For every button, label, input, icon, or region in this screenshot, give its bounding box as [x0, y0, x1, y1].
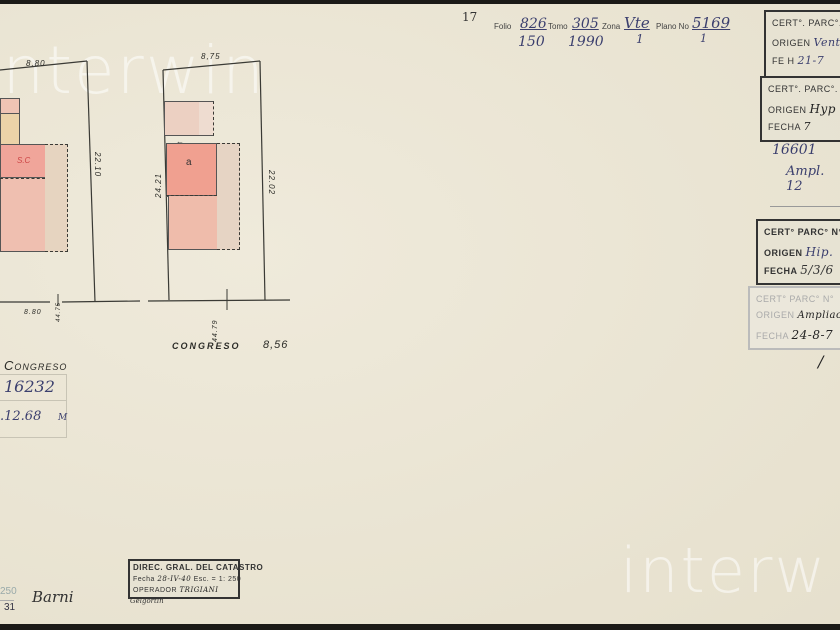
left-note-number: 16232: [4, 377, 55, 396]
plan-right-top-width: 8,75: [201, 52, 221, 61]
left-note-initial: M: [58, 413, 67, 423]
folio-label: Folio: [494, 22, 511, 31]
plan-right-left-depth: 24.21: [154, 173, 163, 198]
plan-left-room-2: [0, 113, 20, 146]
folio-value: 826: [520, 16, 547, 32]
watermark-bottom: interw: [620, 534, 827, 607]
plan-right-bottom-offset: 44.79: [212, 319, 219, 342]
cadastral-plan-sheet: interwin interw 17 Folio 826 150 Tomo 30…: [0, 4, 840, 624]
plan-left-annex: [45, 144, 68, 252]
plan-left-unit-label: S.C: [17, 156, 30, 165]
bottom-signature: Barni: [32, 588, 74, 606]
plan-right-room-1: [164, 101, 201, 136]
plan-right-street: CONGRESO: [172, 341, 241, 351]
zona-value: Vte: [624, 14, 650, 32]
plan-right-divider: [166, 195, 217, 196]
parcel-certificate-stamp-5: CERT° PARC° N° ORIGEN Ampliac. Sent. FEC…: [748, 286, 840, 350]
plano-sub: 1: [700, 32, 707, 45]
plan-right-annex: [217, 143, 240, 250]
tomo-value: 305: [572, 16, 599, 32]
catastro-title: DIREC. GRAL. DEL CATASTRO: [133, 563, 263, 572]
left-note-box: 16232 .12.68 M: [0, 374, 67, 438]
plano-value: 5169: [692, 14, 730, 32]
plan-left-street: Congreso: [4, 358, 67, 373]
parcel-certificate-stamp-2: CERT°. PARC°. N° ORIGEN Hyp FECHA 7: [760, 76, 840, 142]
plan-left-bottom-offset: 44.75: [56, 302, 62, 322]
plan-left-room-4: [0, 177, 47, 252]
plan-left-depth: 22.10: [93, 152, 102, 177]
page-number: 17: [462, 10, 477, 24]
zona-label: Zona: [602, 22, 620, 31]
catastro-stamp: DIREC. GRAL. DEL CATASTRO Fecha 28-IV-40…: [128, 559, 240, 599]
scale-top: 250: [0, 586, 17, 597]
scan-bottom-border: [0, 624, 840, 630]
catastro-signature: Gelgortin: [130, 597, 164, 605]
plan-left-top-width: 8.80: [26, 59, 46, 68]
plan-right-room-a: [166, 143, 217, 197]
plano-label: Plano No: [656, 22, 689, 31]
plan-left-divider: [0, 178, 45, 179]
tomo-sub: 1990: [568, 34, 604, 50]
signature-mark: /: [818, 352, 823, 371]
parcel-certificate-stamp-4: CERT° PARC° N° ORIGEN Hip. FECHA 5/3/6: [756, 219, 840, 285]
left-note-date: .12.68: [0, 409, 41, 424]
tomo-label: Tomo: [548, 22, 568, 31]
plan-right-room-b: [168, 195, 219, 250]
plan-right-room-2: [199, 101, 214, 136]
parcel-annotation-3: 16601 Ampl. 12: [770, 140, 840, 207]
folio-sub: 150: [518, 34, 545, 50]
plan-right-unit-label: a: [186, 157, 192, 168]
plan-right-right-depth: 22.02: [267, 170, 276, 195]
scale-bottom: 31: [4, 602, 15, 613]
zona-sub: 1: [636, 32, 644, 46]
plan-right-street-width: 8,56: [263, 339, 288, 351]
plan-left-bottom-width: 8.80: [24, 309, 42, 316]
parcel-certificate-stamp-1: CERT°. PARC°. N° ORIGEN Venta FE H 21-7: [764, 10, 840, 78]
